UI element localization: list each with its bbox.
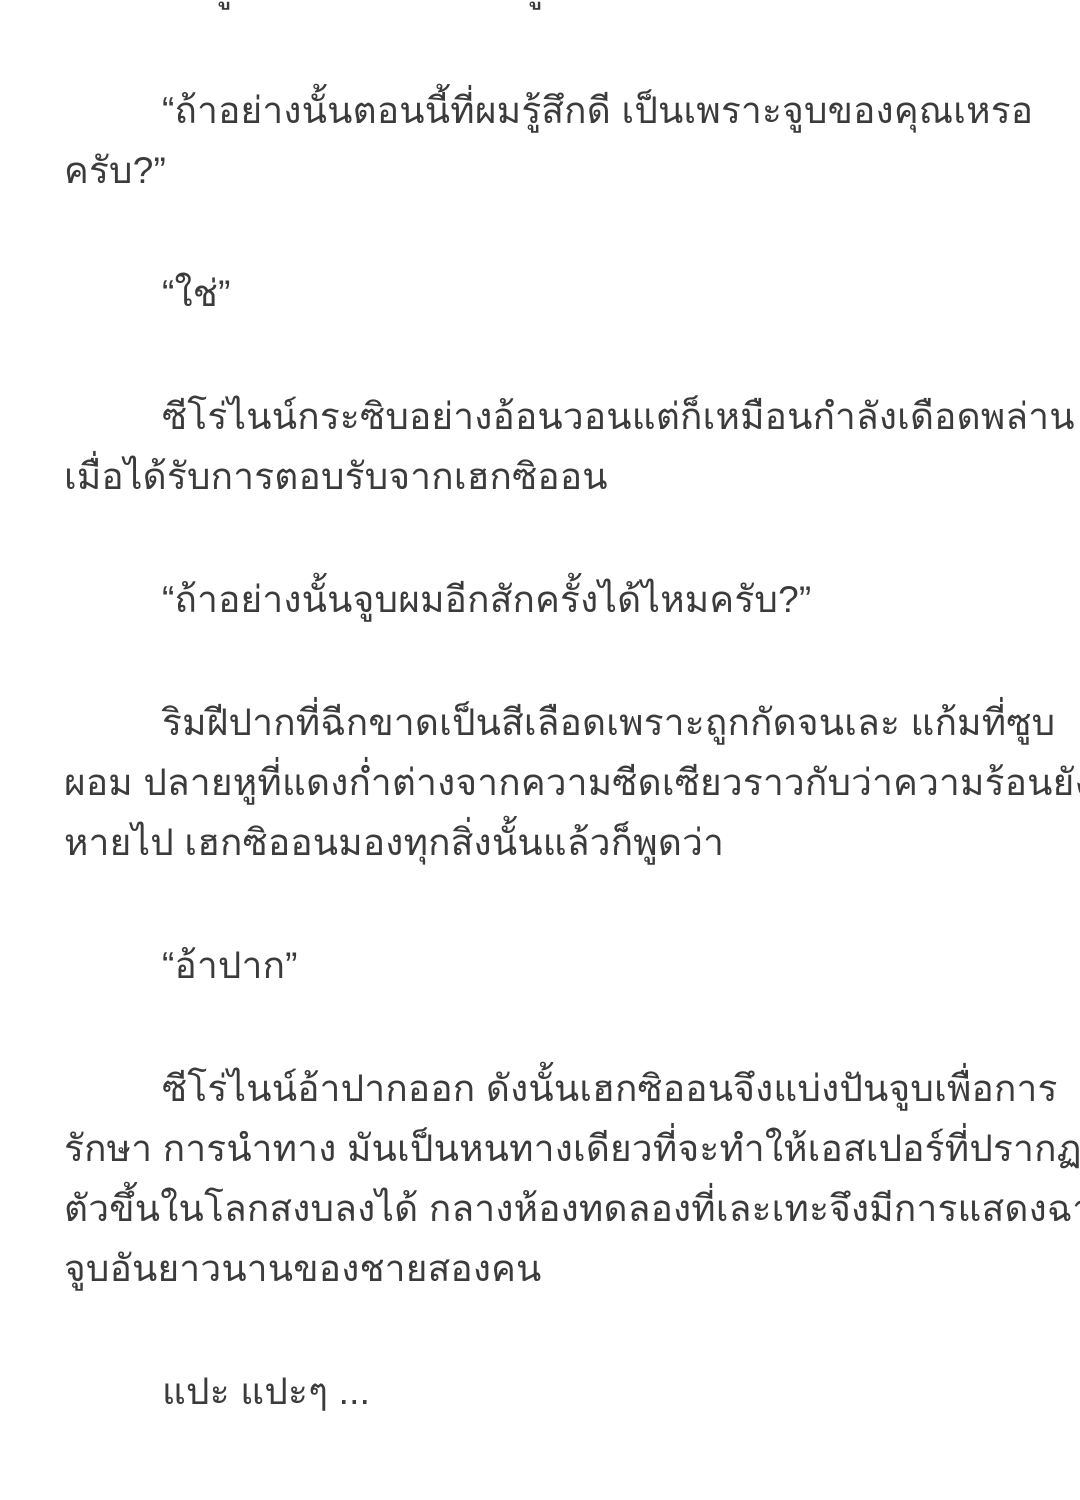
paragraph: “ถ้าอย่างนั้นจูบผมอีกสักครั้งได้ไหมครับ?… — [64, 570, 1016, 630]
paragraph: “ถ้าอย่างนั้นตอนนี้ที่ผมรู้สึกดี เป็นเพร… — [64, 81, 1016, 201]
text-line: ซีโร่ไนน์กระซิบอย่างอ้อนวอนแต่ก็เหมือนกำ… — [64, 387, 1016, 447]
paragraph: ซีโร่ไนน์อ้าปากออก ดังนั้นเฮกซิออนจึงแบ่… — [64, 1059, 1016, 1299]
text-line: จูบอันยาวนานของชายสองคน — [64, 1239, 1016, 1299]
text-line: ริมฝีปากที่ฉีกขาดเป็นสีเลือดเพราะถูกกัดจ… — [64, 693, 1016, 753]
paragraph: “อ้าปาก” — [64, 936, 1016, 996]
paragraph: ซีโร่ไนน์กระซิบอย่างอ้อนวอนแต่ก็เหมือนกำ… — [64, 387, 1016, 507]
text-line: ผอม ปลายหูที่แดงก่ำต่างจากความซีดเซียวรา… — [64, 753, 1016, 813]
text-line: “ถ้าอย่างนั้นตอนนี้ที่ผมรู้สึกดี เป็นเพร… — [64, 81, 1016, 141]
text-line: “ใช่” — [64, 264, 1016, 324]
paragraph: แปะ แปะๆ ... — [64, 1362, 1016, 1422]
story-text-column: คำพูดของอีกฝ่ายทำให้ถูกเผาไหม้อย่างสิ้นเ… — [64, 0, 1016, 1485]
text-line: “ถ้าอย่างนั้นจูบผมอีกสักครั้งได้ไหมครับ?… — [64, 570, 1016, 630]
text-line: รักษา การนำทาง มันเป็นหนทางเดียวที่จะทำใ… — [64, 1119, 1016, 1179]
text-line: ครับ?” — [64, 141, 1016, 201]
paragraph: ริมฝีปากที่ฉีกขาดเป็นสีเลือดเพราะถูกกัดจ… — [64, 693, 1016, 873]
text-line: ตัวขึ้นในโลกสงบลงได้ กลางห้องทดลองที่เละ… — [64, 1179, 1016, 1239]
paragraph-clipped-top: คำพูดของอีกฝ่ายทำให้ถูกเผาไหม้อย่างสิ้นเ… — [64, 0, 1016, 18]
text-line: หายไป เฮกซิออนมองทุกสิ่งนั้นแล้วก็พูดว่า — [64, 813, 1016, 873]
text-line: “อ้าปาก” — [64, 936, 1016, 996]
reading-page: คำพูดของอีกฝ่ายทำให้ถูกเผาไหม้อย่างสิ้นเ… — [0, 0, 1080, 1500]
text-line: คำพูดของอีกฝ่ายทำให้ถูกเผาไหม้อย่างสิ้นเ… — [64, 0, 1016, 18]
text-line: ซีโร่ไนน์อ้าปากออก ดังนั้นเฮกซิออนจึงแบ่… — [64, 1059, 1016, 1119]
text-line: แปะ แปะๆ ... — [64, 1362, 1016, 1422]
paragraph: “ใช่” — [64, 264, 1016, 324]
text-line: เมื่อได้รับการตอบรับจากเฮกซิออน — [64, 447, 1016, 507]
